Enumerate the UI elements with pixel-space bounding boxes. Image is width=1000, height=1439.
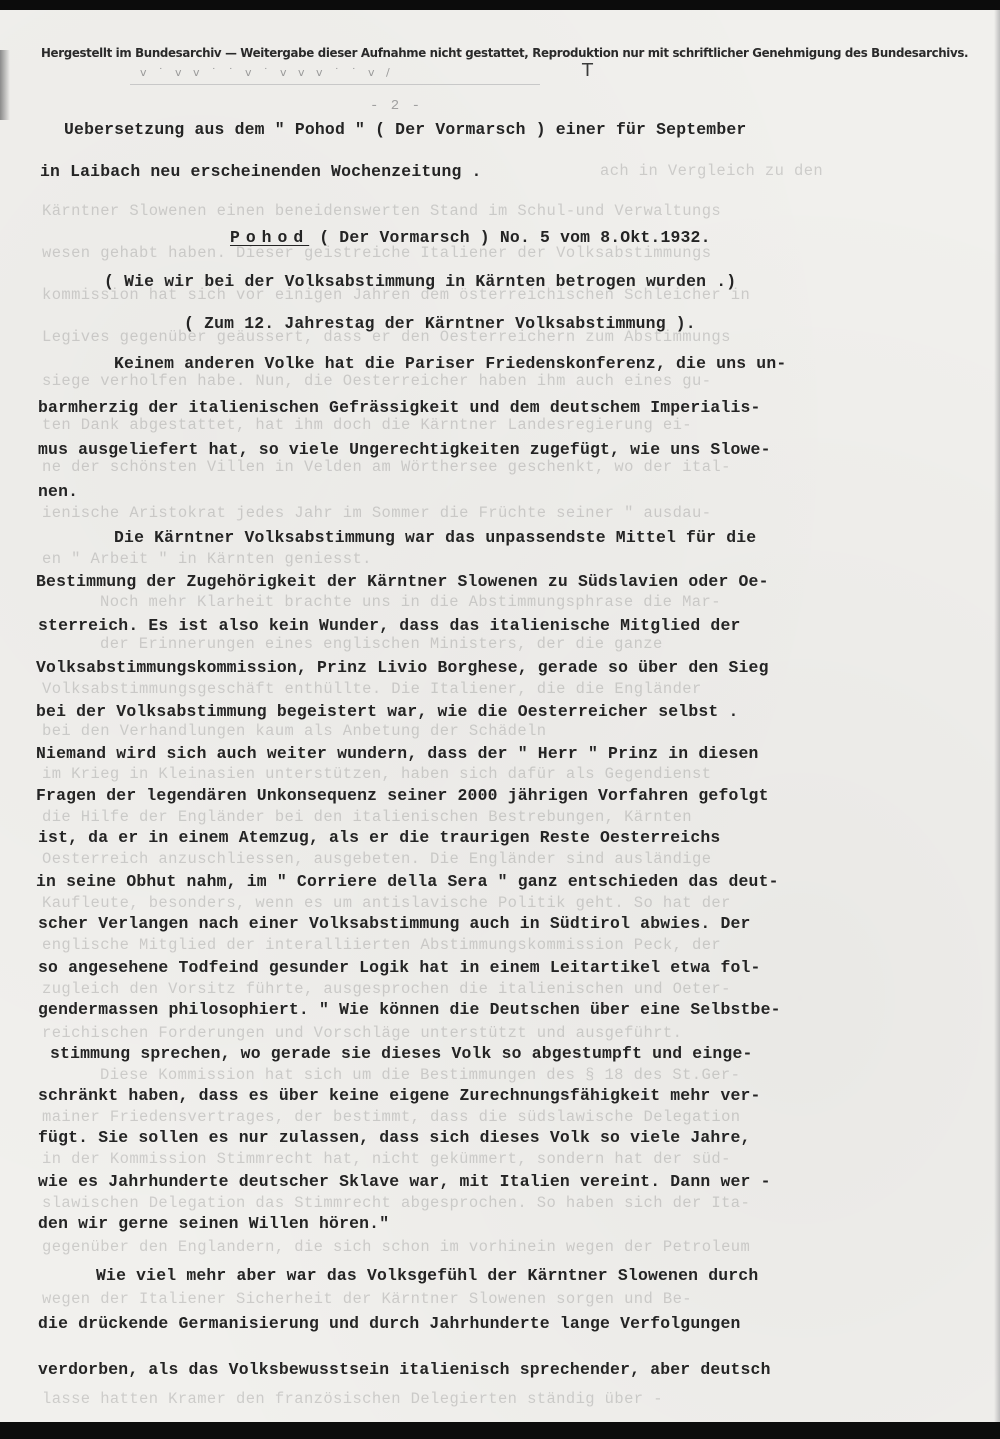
headline: ( Wie wir bei der Volksabstimmung in Kär… — [104, 272, 736, 291]
body-line: gendermassen philosophiert. " Wie können… — [38, 1000, 781, 1019]
body-line: den wir gerne seinen Willen hören." — [38, 1214, 389, 1233]
body-line: Volksabstimmungskommission, Prinz Livio … — [36, 658, 769, 677]
body-line: in seine Obhut nahm, im " Corriere della… — [36, 872, 779, 891]
body-line: scher Verlangen nach einer Volksabstimmu… — [38, 914, 751, 933]
body-line: wie es Jahrhunderte deutscher Sklave war… — [38, 1172, 771, 1191]
bleed-through-text: reichischen Forderungen und Vorschläge u… — [42, 1024, 682, 1042]
scan-edge-shadow — [994, 10, 1000, 1422]
bleed-through-text: mainer Friedensvertrages, der bestimmt, … — [42, 1108, 741, 1126]
body-line: Niemand wird sich auch weiter wundern, d… — [36, 744, 759, 763]
body-line: nen. — [38, 482, 78, 501]
bleed-through-text: siege verholfen habe. Nun, die Oesterrei… — [42, 372, 711, 390]
scan-border — [0, 1422, 1000, 1439]
intro-line: Uebersetzung aus dem " Pohod " ( Der Vor… — [64, 120, 746, 139]
body-line: Wie viel mehr aber war das Volksgefühl d… — [96, 1266, 758, 1285]
bleed-through-text: slawischen Delegation das Stimmrecht abg… — [42, 1194, 750, 1212]
body-line: Bestimmung der Zugehörigkeit der Kärntne… — [36, 572, 769, 591]
body-line: sterreich. Es ist also kein Wunder, dass… — [38, 616, 741, 635]
scanned-document-page: ach in Vergleich zu den Kärntner Slowene… — [0, 10, 1000, 1422]
body-line: Keinem anderen Volke hat die Pariser Fri… — [114, 354, 786, 373]
newspaper-title: Pohod — [230, 228, 309, 247]
body-line: stimmung sprechen, wo gerade sie dieses … — [50, 1044, 753, 1063]
divider — [130, 84, 540, 85]
bleed-through-text: en " Arbeit " in Kärnten geniesst. — [42, 550, 372, 568]
body-line: so angesehene Todfeind gesunder Logik ha… — [38, 958, 761, 977]
subheadline: ( Zum 12. Jahrestag der Kärntner Volksab… — [184, 314, 696, 333]
bleed-through-text: wegen der Italiener Sicherheit der Kärnt… — [42, 1290, 692, 1308]
body-line: mus ausgeliefert hat, so viele Ungerecht… — [38, 440, 771, 459]
bleed-through-text: in der Kommission Stimmrecht hat, nicht … — [42, 1150, 731, 1168]
body-line: Fragen der legendären Unkonsequenz seine… — [36, 786, 769, 805]
bleed-through-text: lasse hatten Kramer den französischen De… — [42, 1390, 663, 1408]
body-line: schränkt haben, dass es über keine eigen… — [38, 1086, 761, 1105]
bleed-through-text: Diese Kommission hat sich um die Bestimm… — [100, 1066, 740, 1084]
bleed-through-text: gegenüber den Englandern, die sich schon… — [42, 1238, 750, 1256]
bleed-through-text: Noch mehr Klarheit brachte uns in die Ab… — [100, 593, 721, 611]
masthead: Pohod ( Der Vormarsch ) No. 5 vom 8.Okt.… — [230, 228, 711, 247]
handwritten-marks: v ˙ v v ˙ ˙ v ˙ v v v ˙ ˙ v / — [140, 66, 394, 79]
bleed-through-text: ten Dank abgestattet, hat ihm doch die K… — [42, 416, 692, 434]
bleed-through-text: Oesterreich anzuschliessen, ausgebeten. … — [42, 850, 711, 868]
body-line: die drückende Germanisierung und durch J… — [38, 1314, 741, 1333]
body-line: Die Kärntner Volksabstimmung war das unp… — [114, 528, 756, 547]
body-line: fügt. Sie sollen es nur zulassen, dass s… — [38, 1128, 751, 1147]
intro-line: in Laibach neu erscheinenden Wochenzeitu… — [40, 162, 482, 181]
bleed-through-text: ienische Aristokrat jedes Jahr im Sommer… — [42, 504, 711, 522]
handwritten-mark: T — [582, 60, 593, 81]
bleed-through-text: im Krieg in Kleinasien unterstützen, hab… — [42, 765, 711, 783]
body-line: barmherzig der italienischen Gefrässigke… — [38, 398, 761, 417]
bleed-through-text: bei den Verhandlungen kaum als Anbetung … — [42, 722, 546, 740]
archive-stamp: Hergestellt im Bundesarchiv — Weitergabe… — [41, 46, 958, 60]
body-line: ist, da er in einem Atemzug, als er die … — [38, 828, 720, 847]
bleed-through-text: der Erinnerungen eines englischen Minist… — [100, 635, 663, 653]
body-line: verdorben, als das Volksbewusstsein ital… — [38, 1360, 771, 1379]
bleed-through-text: die Hilfe der Engländer bei den italieni… — [42, 808, 692, 826]
bleed-through-text: ach in Vergleich zu den — [600, 162, 823, 180]
bleed-through-text: Kärntner Slowenen einen beneidenswerten … — [42, 202, 721, 220]
body-line: bei der Volksabstimmung begeistert war, … — [36, 702, 739, 721]
masthead-details: ( Der Vormarsch ) No. 5 vom 8.Okt.1932. — [309, 228, 710, 247]
bleed-through-text: Kaufleute, besonders, wenn es um antisla… — [42, 894, 731, 912]
bleed-through-text: ne der schönsten Villen in Velden am Wör… — [42, 458, 731, 476]
bleed-through-text: Volksabstimmungsgeschäft enthüllte. Die … — [42, 680, 702, 698]
bleed-through-text: zugleich den Vorsitz führte, ausgesproch… — [42, 980, 731, 998]
page-number: - 2 - — [370, 98, 422, 114]
bleed-through-text: englische Mitglied der interalliierten A… — [42, 936, 721, 954]
scan-edge-shadow — [0, 50, 10, 120]
